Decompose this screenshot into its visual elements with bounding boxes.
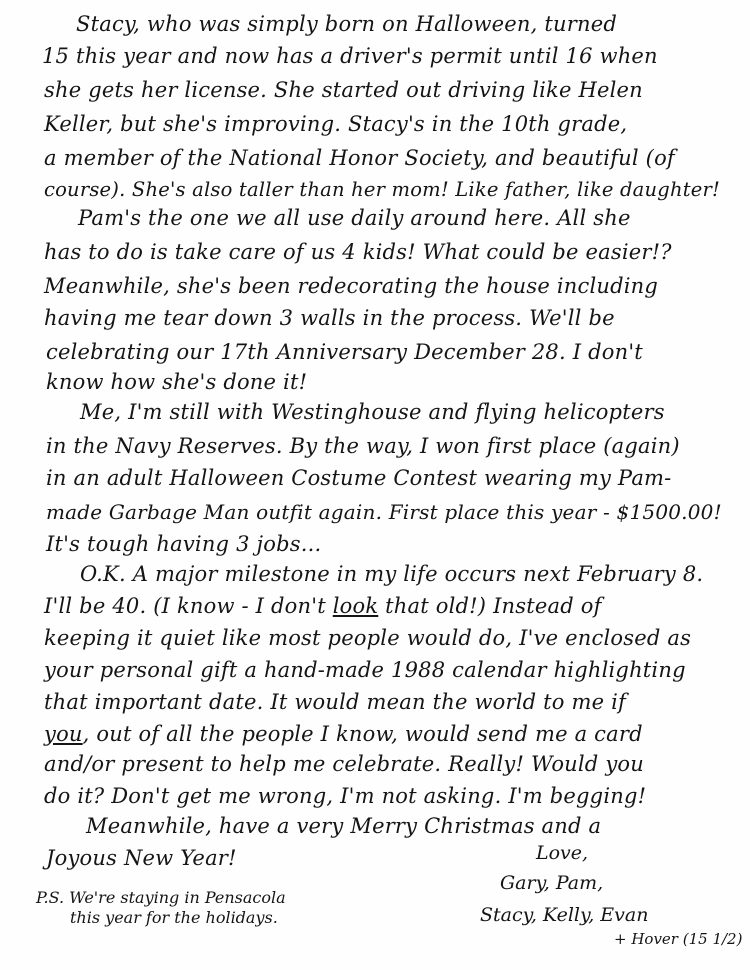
letter-line: know how she's done it! [46,370,307,394]
underlined-word: look [333,594,379,618]
letter-line: made Garbage Man outfit again. First pla… [46,500,722,524]
letter-line: has to do is take care of us 4 kids! Wha… [44,240,672,264]
letter-line: Joyous New Year! [46,846,237,870]
letter-line: having me tear down 3 walls in the proce… [44,306,615,330]
letter-line: O.K. A major milestone in my life occurs… [80,562,703,586]
letter-line: do it? Don't get me wrong, I'm not askin… [44,784,646,808]
letter-line: Meanwhile, have a very Merry Christmas a… [86,814,601,838]
letter-line: Meanwhile, she's been redecorating the h… [44,274,658,298]
letter-line: celebrating our 17th Anniversary Decembe… [46,340,643,364]
letter-line: she gets her license. She started out dr… [44,78,643,102]
letter-line: I'll be 40. (I know - I don't look that … [44,594,602,618]
letter-line: that important date. It would mean the w… [44,690,626,714]
letter-line: keeping it quiet like most people would … [44,626,691,650]
underlined-word: you [44,722,83,746]
letter-line: in an adult Halloween Costume Contest we… [46,466,671,490]
postscript-line: this year for the holidays. [70,908,278,927]
letter-line: and/or present to help me celebrate. Rea… [44,752,644,776]
letter-line: you, out of all the people I know, would… [44,722,643,746]
letter-line: It's tough having 3 jobs... [46,532,321,556]
letter-line: your personal gift a hand-made 1988 cale… [44,658,686,682]
postscript-line: P.S. We're staying in Pensacola [36,888,286,907]
letter-line: 15 this year and now has a driver's perm… [42,44,658,68]
letter-line: in the Navy Reserves. By the way, I won … [46,434,680,458]
letter-line: Keller, but she's improving. Stacy's in … [44,112,627,136]
signature-line: Stacy, Kelly, Evan [480,904,648,926]
letter-line: Pam's the one we all use daily around he… [78,206,631,230]
letter-line: Stacy, who was simply born on Halloween,… [76,12,617,36]
signature-line: Gary, Pam, [500,872,603,894]
signature-line: + Hover (15 1/2) [614,930,742,948]
letter-line: Me, I'm still with Westinghouse and flyi… [80,400,665,424]
letter-line: course). She's also taller than her mom!… [44,178,720,201]
letter-page: Stacy, who was simply born on Halloween,… [0,0,750,970]
letter-line: a member of the National Honor Society, … [44,146,675,170]
closing-salutation: Love, [536,842,588,864]
